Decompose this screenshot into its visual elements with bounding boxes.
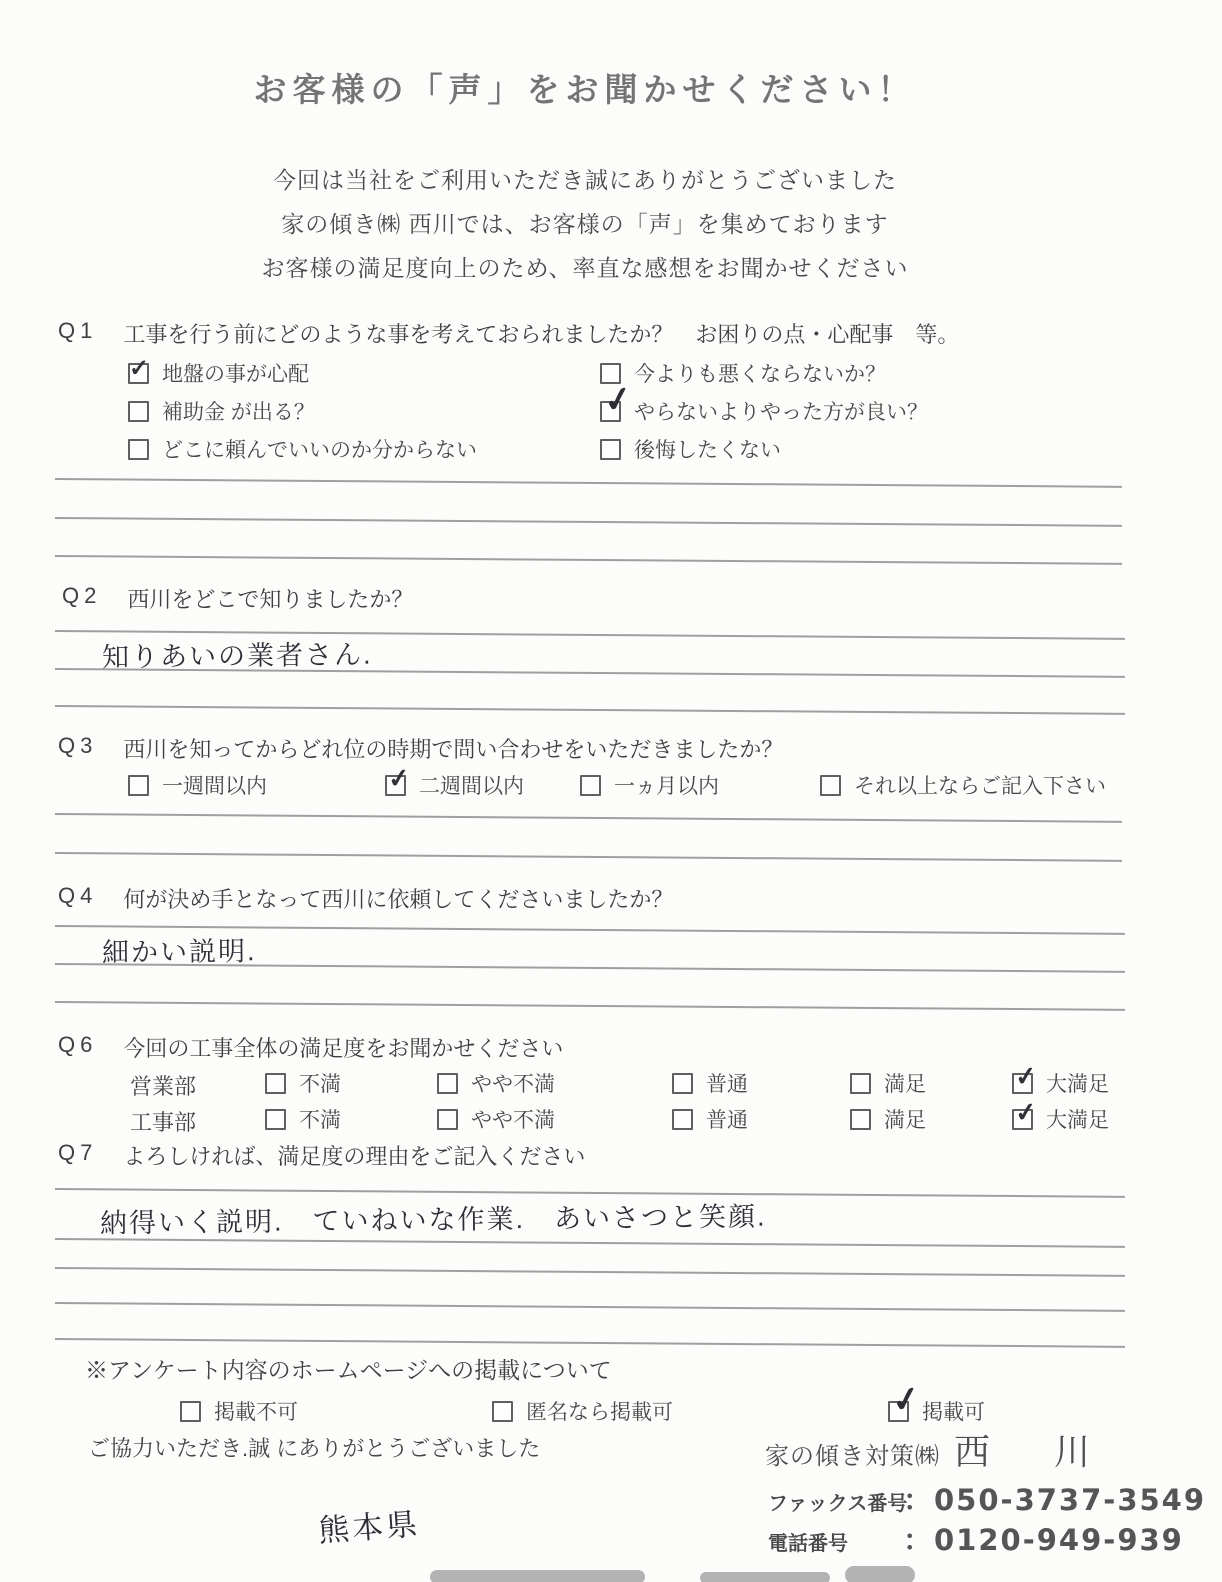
page-title: お客様の「声」をお聞かせください！ (0, 64, 1196, 111)
answer-line (55, 813, 1122, 823)
checkbox-label: やや不満 (471, 1104, 555, 1134)
intro-line-1: 今回は当社をご利用いただき誠にありがとうございました (0, 158, 1196, 202)
q2-question-text: 西川をどこで知りましたか？ (127, 583, 413, 614)
q1-option-subsidy[interactable]: ✓ 補助金 が出る？ (128, 396, 315, 426)
checkbox[interactable]: ✓ (437, 1109, 458, 1130)
check-icon: ✓ (601, 380, 635, 418)
checkbox[interactable]: ✓ (265, 1073, 286, 1094)
handwritten-prefecture-note: 熊本県 (317, 1498, 422, 1550)
checkbox[interactable]: ✓ (672, 1109, 693, 1130)
checkbox-label: 満足 (884, 1104, 926, 1134)
checkbox[interactable]: ✓ (385, 775, 406, 796)
publish-option-yes[interactable]: ✓ 掲載可 (888, 1396, 985, 1426)
checkbox[interactable]: ✓ (820, 775, 841, 796)
answer-line (55, 1001, 1125, 1011)
checkbox-label: 掲載不可 (214, 1396, 298, 1426)
scan-smudge (845, 1566, 915, 1582)
q1-option-no-regret[interactable]: ✓ 後悔したくない (600, 434, 781, 464)
q3-option-within-2-weeks[interactable]: ✓ 二週間以内 (385, 770, 524, 800)
checkbox-label: 二週間以内 (419, 770, 524, 800)
checkbox[interactable]: ✓ (600, 401, 621, 422)
q6-const-manzoku[interactable]: ✓ 満足 (850, 1104, 926, 1134)
checkbox-label: 一ヵ月以内 (614, 770, 719, 800)
checkbox-label: 補助金 が出る？ (162, 396, 315, 426)
checkbox[interactable]: ✓ (437, 1073, 458, 1094)
q4-question-text: 何が決め手となって西川に依頼してくださいましたか？ (123, 883, 673, 914)
checkbox[interactable]: ✓ (128, 363, 149, 384)
check-icon: ✓ (129, 357, 149, 381)
check-icon: ✓ (1014, 1061, 1038, 1089)
checkbox-label: 大満足 (1046, 1068, 1109, 1098)
checkbox[interactable]: ✓ (672, 1073, 693, 1094)
q4-question: Q4 何が決め手となって西川に依頼してくださいましたか？ (58, 883, 673, 914)
publish-option-anonymous[interactable]: ✓ 匿名なら掲載可 (492, 1396, 673, 1426)
q6-row-label-construction: 工事部 (130, 1106, 196, 1137)
intro-line-3: お客様の満足度向上のため、率直な感想をお聞かせください (0, 246, 1196, 290)
checkbox[interactable]: ✓ (888, 1401, 909, 1422)
checkbox[interactable]: ✓ (128, 401, 149, 422)
q1-option-better-to-do[interactable]: ✓ やらないよりやった方が良い？ (600, 396, 928, 426)
checkbox[interactable]: ✓ (265, 1109, 286, 1130)
checkbox-label: それ以上ならご記入下さい (854, 770, 1106, 800)
q3-id: Q3 (58, 733, 97, 764)
q6-question: Q6 今回の工事全体の満足度をお聞かせください (58, 1032, 563, 1063)
q2-id: Q2 (62, 583, 101, 614)
fax-label: ファックス番号 (768, 1487, 903, 1516)
scan-smudge (700, 1572, 830, 1582)
q1-question-text: 工事を行う前にどのような事を考えておられましたか？ お困りの点・心配事 等。 (123, 318, 959, 349)
q4-id: Q4 (58, 883, 97, 914)
q3-option-within-1-week[interactable]: ✓ 一週間以内 (128, 770, 267, 800)
publish-option-no[interactable]: ✓ 掲載不可 (180, 1396, 298, 1426)
q6-const-daimanzoku[interactable]: ✓ 大満足 (1012, 1104, 1109, 1134)
checkbox[interactable]: ✓ (180, 1401, 201, 1422)
q3-question: Q3 西川を知ってからどれ位の時期で問い合わせをいただきましたか？ (58, 733, 783, 764)
answer-line (55, 852, 1122, 862)
checkbox-label: 掲載可 (922, 1396, 985, 1426)
checkbox-label: 普通 (706, 1068, 748, 1098)
scan-smudge (430, 1570, 645, 1582)
fax-number: ：050-3737-3549 (903, 1478, 1206, 1519)
answer-line (55, 1338, 1125, 1348)
q6-const-futsuu[interactable]: ✓ 普通 (672, 1104, 748, 1134)
answer-line (55, 1238, 1125, 1248)
publish-heading: ※アンケート内容のホームページへの掲載について (85, 1352, 612, 1385)
fax-row: ファックス番号 ：050-3737-3549 (768, 1478, 1206, 1519)
checkbox-label: 普通 (706, 1104, 748, 1134)
checkbox[interactable]: ✓ (580, 775, 601, 796)
q6-row-label-sales: 営業部 (130, 1070, 196, 1101)
company-label: 家の傾き対策㈱ (765, 1436, 940, 1471)
checkbox-label: 一週間以内 (162, 770, 267, 800)
checkbox[interactable]: ✓ (850, 1109, 871, 1130)
q6-const-fuman[interactable]: ✓ 不満 (265, 1104, 341, 1134)
checkbox-label: 地盤の事が心配 (162, 358, 309, 388)
check-icon: ✓ (889, 1380, 923, 1418)
intro-text: 今回は当社をご利用いただき誠にありがとうございました 家の傾き㈱ 西川では、お客… (0, 158, 1196, 290)
checkbox-label: 不満 (299, 1068, 341, 1098)
q7-question-text: よろしければ、満足度の理由をご記入ください (123, 1140, 585, 1171)
answer-line (55, 555, 1122, 565)
q1-id: Q1 (58, 318, 97, 349)
checkbox-label: 後悔したくない (634, 434, 781, 464)
check-icon: ✓ (387, 763, 411, 791)
answer-line (55, 478, 1122, 488)
company-signature: 家の傾き対策㈱ 西 川 (765, 1424, 1104, 1475)
q2-question: Q2 西川をどこで知りましたか？ (62, 583, 413, 614)
intro-line-2: 家の傾き㈱ 西川では、お客様の「声」を集めております (0, 202, 1196, 246)
q7-handwritten-answer: 納得いく説明. ていねいな作業. あいさつと笑顔. (100, 1195, 767, 1241)
checkbox-label: 満足 (884, 1068, 926, 1098)
checkbox-label: 大満足 (1046, 1104, 1109, 1134)
checkbox[interactable]: ✓ (128, 439, 149, 460)
thanks-text: ご協力いただき.誠 にありがとうございました (88, 1432, 540, 1463)
q3-question-text: 西川を知ってからどれ位の時期で問い合わせをいただきましたか？ (123, 733, 783, 764)
phone-row: 電話番号 ：0120-949-939 (768, 1518, 1184, 1559)
checkbox-label: 不満 (299, 1104, 341, 1134)
q1-option-not-get-worse[interactable]: ✓ 今よりも悪くならないか？ (600, 358, 886, 388)
checkbox-label: どこに頼んでいいのか分からない (162, 434, 477, 464)
q1-question: Q1 工事を行う前にどのような事を考えておられましたか？ お困りの点・心配事 等… (58, 318, 959, 349)
phone-label: 電話番号 (768, 1527, 903, 1556)
phone-number: ：0120-949-939 (903, 1518, 1184, 1559)
company-name: 西 川 (954, 1424, 1104, 1475)
q6-sales-fuman[interactable]: ✓ 不満 (265, 1068, 341, 1098)
answer-line (55, 705, 1125, 715)
q1-option-ground-worry[interactable]: ✓ 地盤の事が心配 (128, 358, 309, 388)
checkbox[interactable]: ✓ (1012, 1073, 1033, 1094)
q6-const-yaya-fuman[interactable]: ✓ やや不満 (437, 1104, 555, 1134)
answer-line (55, 1267, 1125, 1277)
q3-option-longer[interactable]: ✓ それ以上ならご記入下さい (820, 770, 1106, 800)
q6-question-text: 今回の工事全体の満足度をお聞かせください (123, 1032, 563, 1063)
checkbox-label: やらないよりやった方が良い？ (634, 396, 928, 426)
checkbox-label: 今よりも悪くならないか？ (634, 358, 886, 388)
check-icon: ✓ (1014, 1097, 1038, 1125)
q7-question: Q7 よろしければ、満足度の理由をご記入ください (58, 1140, 585, 1171)
checkbox[interactable]: ✓ (600, 439, 621, 460)
checkbox[interactable]: ✓ (850, 1073, 871, 1094)
q7-id: Q7 (58, 1140, 97, 1171)
answer-line (55, 517, 1122, 527)
checkbox[interactable]: ✓ (1012, 1109, 1033, 1130)
q6-sales-yaya-fuman[interactable]: ✓ やや不満 (437, 1068, 555, 1098)
q6-id: Q6 (58, 1032, 97, 1063)
survey-form-page: お客様の「声」をお聞かせください！ 今回は当社をご利用いただき誠にありがとうござ… (0, 0, 1222, 1582)
q6-sales-manzoku[interactable]: ✓ 満足 (850, 1068, 926, 1098)
checkbox-label: 匿名なら掲載可 (526, 1396, 673, 1426)
answer-line (55, 1302, 1125, 1312)
q6-sales-daimanzoku[interactable]: ✓ 大満足 (1012, 1068, 1109, 1098)
checkbox-label: やや不満 (471, 1068, 555, 1098)
checkbox[interactable]: ✓ (128, 775, 149, 796)
q3-option-within-1-month[interactable]: ✓ 一ヵ月以内 (580, 770, 719, 800)
q1-option-who-to-ask[interactable]: ✓ どこに頼んでいいのか分からない (128, 434, 477, 464)
q6-sales-futsuu[interactable]: ✓ 普通 (672, 1068, 748, 1098)
checkbox[interactable]: ✓ (492, 1401, 513, 1422)
